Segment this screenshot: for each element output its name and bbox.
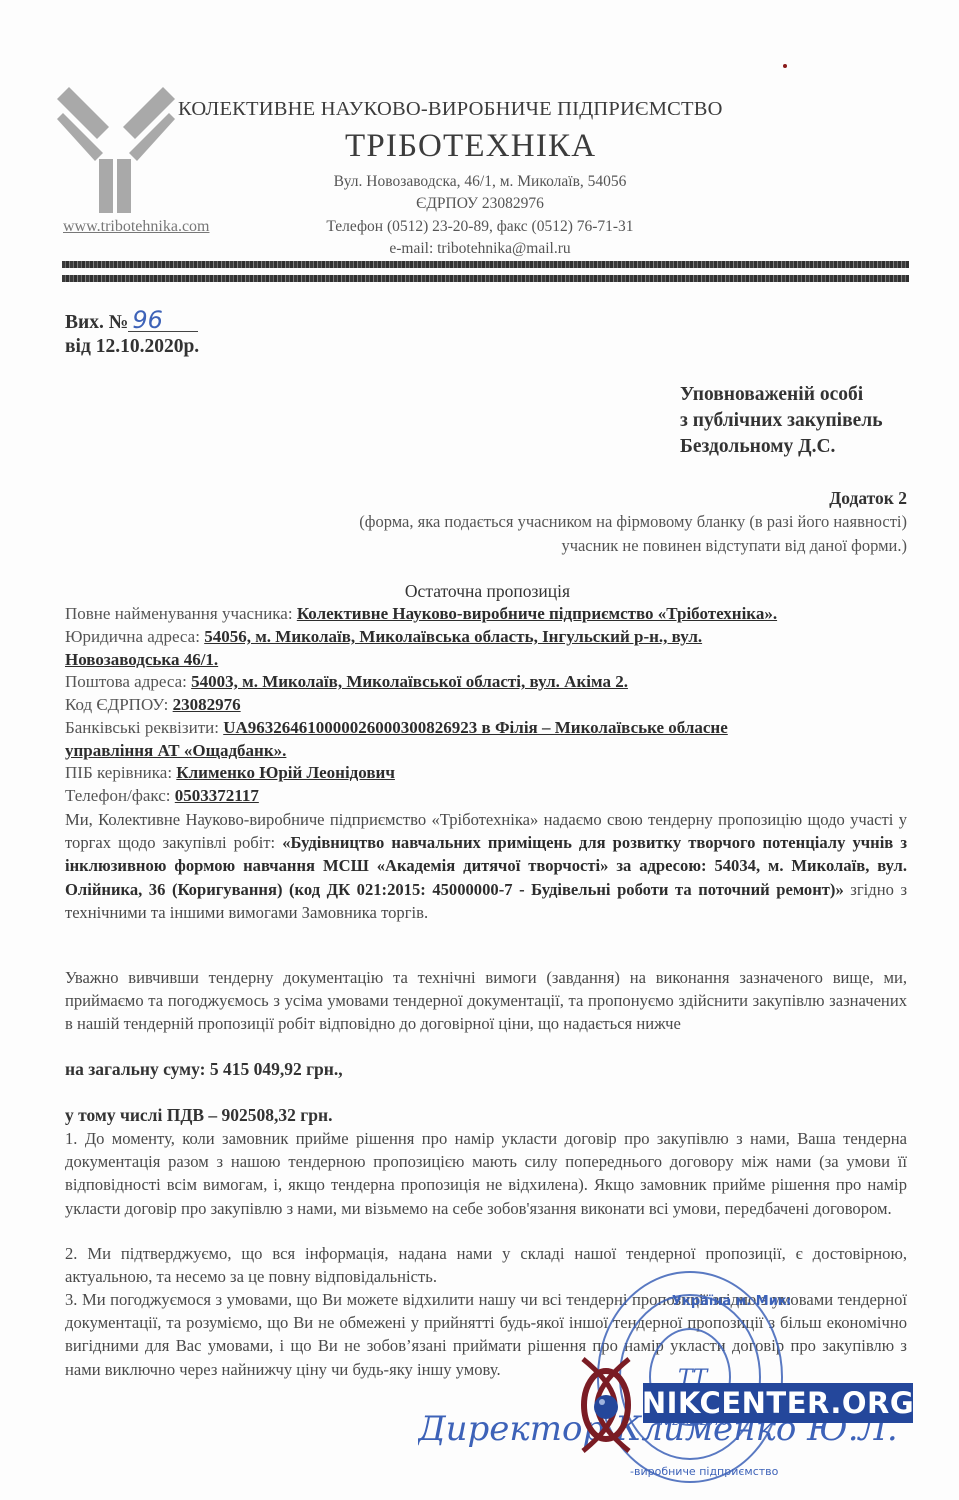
field-director: ПІБ керівника: Клименко Юрій Леонідович [65,762,395,784]
company-address: Вул. Новозаводска, 46/1, м. Миколаїв, 54… [200,173,760,191]
field-label: Банківські реквізити: [65,718,223,737]
field-legal-address-cont: Новозаводська 46/1. [65,649,218,671]
addressee-name: Бездольному Д.С. [680,436,835,458]
letterhead-divider [62,275,909,282]
company-phones: Телефон (0512) 23-20-89, факс (0512) 76-… [200,218,760,236]
field-value: Новозаводська 46/1. [65,650,218,669]
field-legal-address: Юридична адреса: 54056, м. Миколаїв, Мик… [65,626,702,648]
vat-amount: у тому числі ПДВ – 902508,32 грн. [65,1105,332,1126]
annex-note: учасник не повинен відступати від даної … [561,536,907,556]
field-label: Код ЄДРПОУ: [65,695,173,714]
company-edrpou: ЄДРПОУ 23082976 [200,195,760,213]
company-website-link[interactable]: www.tribotehnika.com [63,218,209,236]
annex-label: Додаток 2 [829,488,907,509]
field-value: Колективне Науково-виробниче підприємств… [297,604,777,623]
document-title: Остаточна пропозиція [0,581,959,602]
company-email: e-mail: tribotehnika@mail.ru [200,240,760,258]
field-value: Клименко Юрій Леонідович [176,763,395,782]
nikcenter-logo-icon [575,1355,637,1455]
field-value: 23082976 [173,695,241,714]
nikcenter-watermark: NIKCENTER.ORG [643,1383,913,1423]
ink-dot [783,64,787,68]
intro-paragraph: Ми, Колективне Науково-виробниче підприє… [65,808,907,924]
field-label: ПІБ керівника: [65,763,176,782]
outgoing-number: Вих. №96 [65,309,198,334]
outgoing-number-label: Вих. № [65,312,128,333]
addressee-line: з публічних закупівель [680,410,883,432]
outgoing-number-value: 96 [128,309,198,332]
addressee-line: Уповноваженій особі [680,384,863,406]
field-value: 54056, м. Миколаїв, Миколаївська область… [204,627,702,646]
company-type: КОЛЕКТИВНЕ НАУКОВО-ВИРОБНИЧЕ ПІДПРИЄМСТВ… [178,98,723,121]
field-edrpou: Код ЄДРПОУ: 23082976 [65,694,241,716]
field-label: Повне найменування учасника: [65,604,297,623]
field-bank-details: Банківські реквізити: UA9632646100000260… [65,717,728,739]
company-name: ТРІБОТЕХНІКА [345,128,596,165]
letterhead-divider [62,261,909,268]
field-bank-details-cont: управління АТ «Ощадбанк». [65,740,286,762]
acceptance-paragraph: Уважно вивчивши тендерну документацію та… [65,966,907,1036]
field-label: Телефон/факс: [65,786,175,805]
annex-note: (форма, яка подається учасником на фірмо… [359,512,907,532]
field-label: Юридична адреса: [65,627,204,646]
clause-1: 1. До моменту, коли замовник прийме ріше… [65,1127,907,1220]
total-sum: на загальну суму: 5 415 049,92 грн., [65,1059,343,1080]
field-full-name: Повне найменування учасника: Колективне … [65,603,777,625]
outgoing-date: від 12.10.2020р. [65,336,199,358]
field-postal-address: Поштова адреса: 54003, м. Миколаїв, Мико… [65,671,628,693]
field-value: UA963264610000026000300826923 в Філія – … [223,718,728,737]
svg-text:Україна м. Миколаїв: Україна м. Миколаїв [672,1294,790,1309]
field-value: 0503372117 [175,786,259,805]
field-label: Поштова адреса: [65,672,191,691]
field-phone: Телефон/факс: 0503372117 [65,785,259,807]
tribotehnika-y-logo-icon [55,85,177,213]
field-value: 54003, м. Миколаїв, Миколаївської област… [191,672,628,691]
field-value: управління АТ «Ощадбанк». [65,741,286,760]
